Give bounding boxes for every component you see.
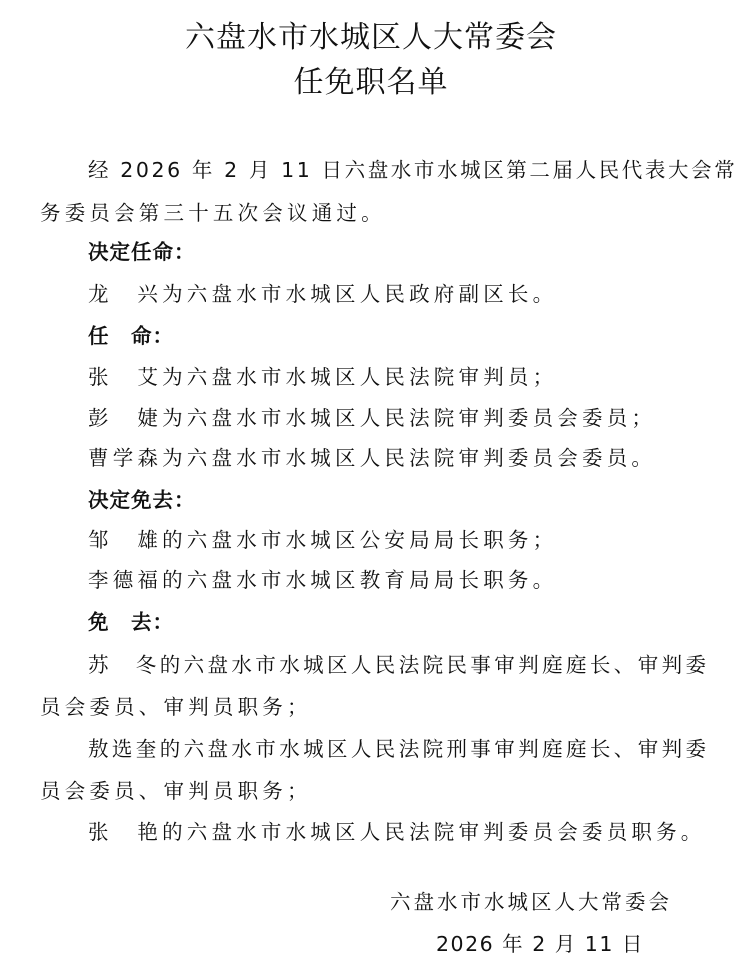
appointment-item: 张 艾为六盘水市水城区人民法院审判员； [88, 363, 557, 391]
document-title-line2: 任免职名单 [0, 63, 742, 103]
dismissal-item: 邹 雄的六盘水市水城区公安局局长职务； [88, 526, 557, 554]
appointment-item: 曹学森为六盘水市水城区人民法院审判委员会委员。 [88, 444, 656, 472]
intro-paragraph-line2: 务委员会第三十五次会议通过。 [40, 199, 386, 227]
section-heading-dismiss: 免 去： [88, 608, 174, 636]
signature-organization: 六盘水市水城区人大常委会 [390, 888, 672, 916]
dismissal-item: 李德福的六盘水市水城区教育局局长职务。 [88, 566, 557, 594]
appointment-item: 彭 婕为六盘水市水城区人民法院审判委员会委员； [88, 404, 656, 432]
intro-paragraph-line1: 经 2026 年 2 月 11 日六盘水市水城区第二届人民代表大会常 [88, 156, 737, 184]
section-heading-appoint: 任 命： [88, 322, 174, 350]
section-heading-decide-dismiss: 决定免去： [88, 486, 196, 514]
dismissal-item: 敖选奎的六盘水市水城区人民法院刑事审判庭庭长、审判委 [88, 735, 709, 763]
dismissal-item: 张 艳的六盘水市水城区人民法院审判委员会委员职务。 [88, 818, 706, 846]
appointment-item: 龙 兴为六盘水市水城区人民政府副区长。 [88, 280, 557, 308]
document-title-line1: 六盘水市水城区人大常委会 [0, 18, 742, 58]
dismissal-item-continued: 员会委员、审判员职务； [40, 693, 312, 721]
section-heading-decide-appoint: 决定任命： [88, 238, 196, 266]
signature-date: 2026 年 2 月 11 日 [436, 930, 644, 958]
dismissal-item-continued: 员会委员、审判员职务； [40, 777, 312, 805]
dismissal-item: 苏 冬的六盘水市水城区人民法院民事审判庭庭长、审判委 [88, 651, 709, 679]
